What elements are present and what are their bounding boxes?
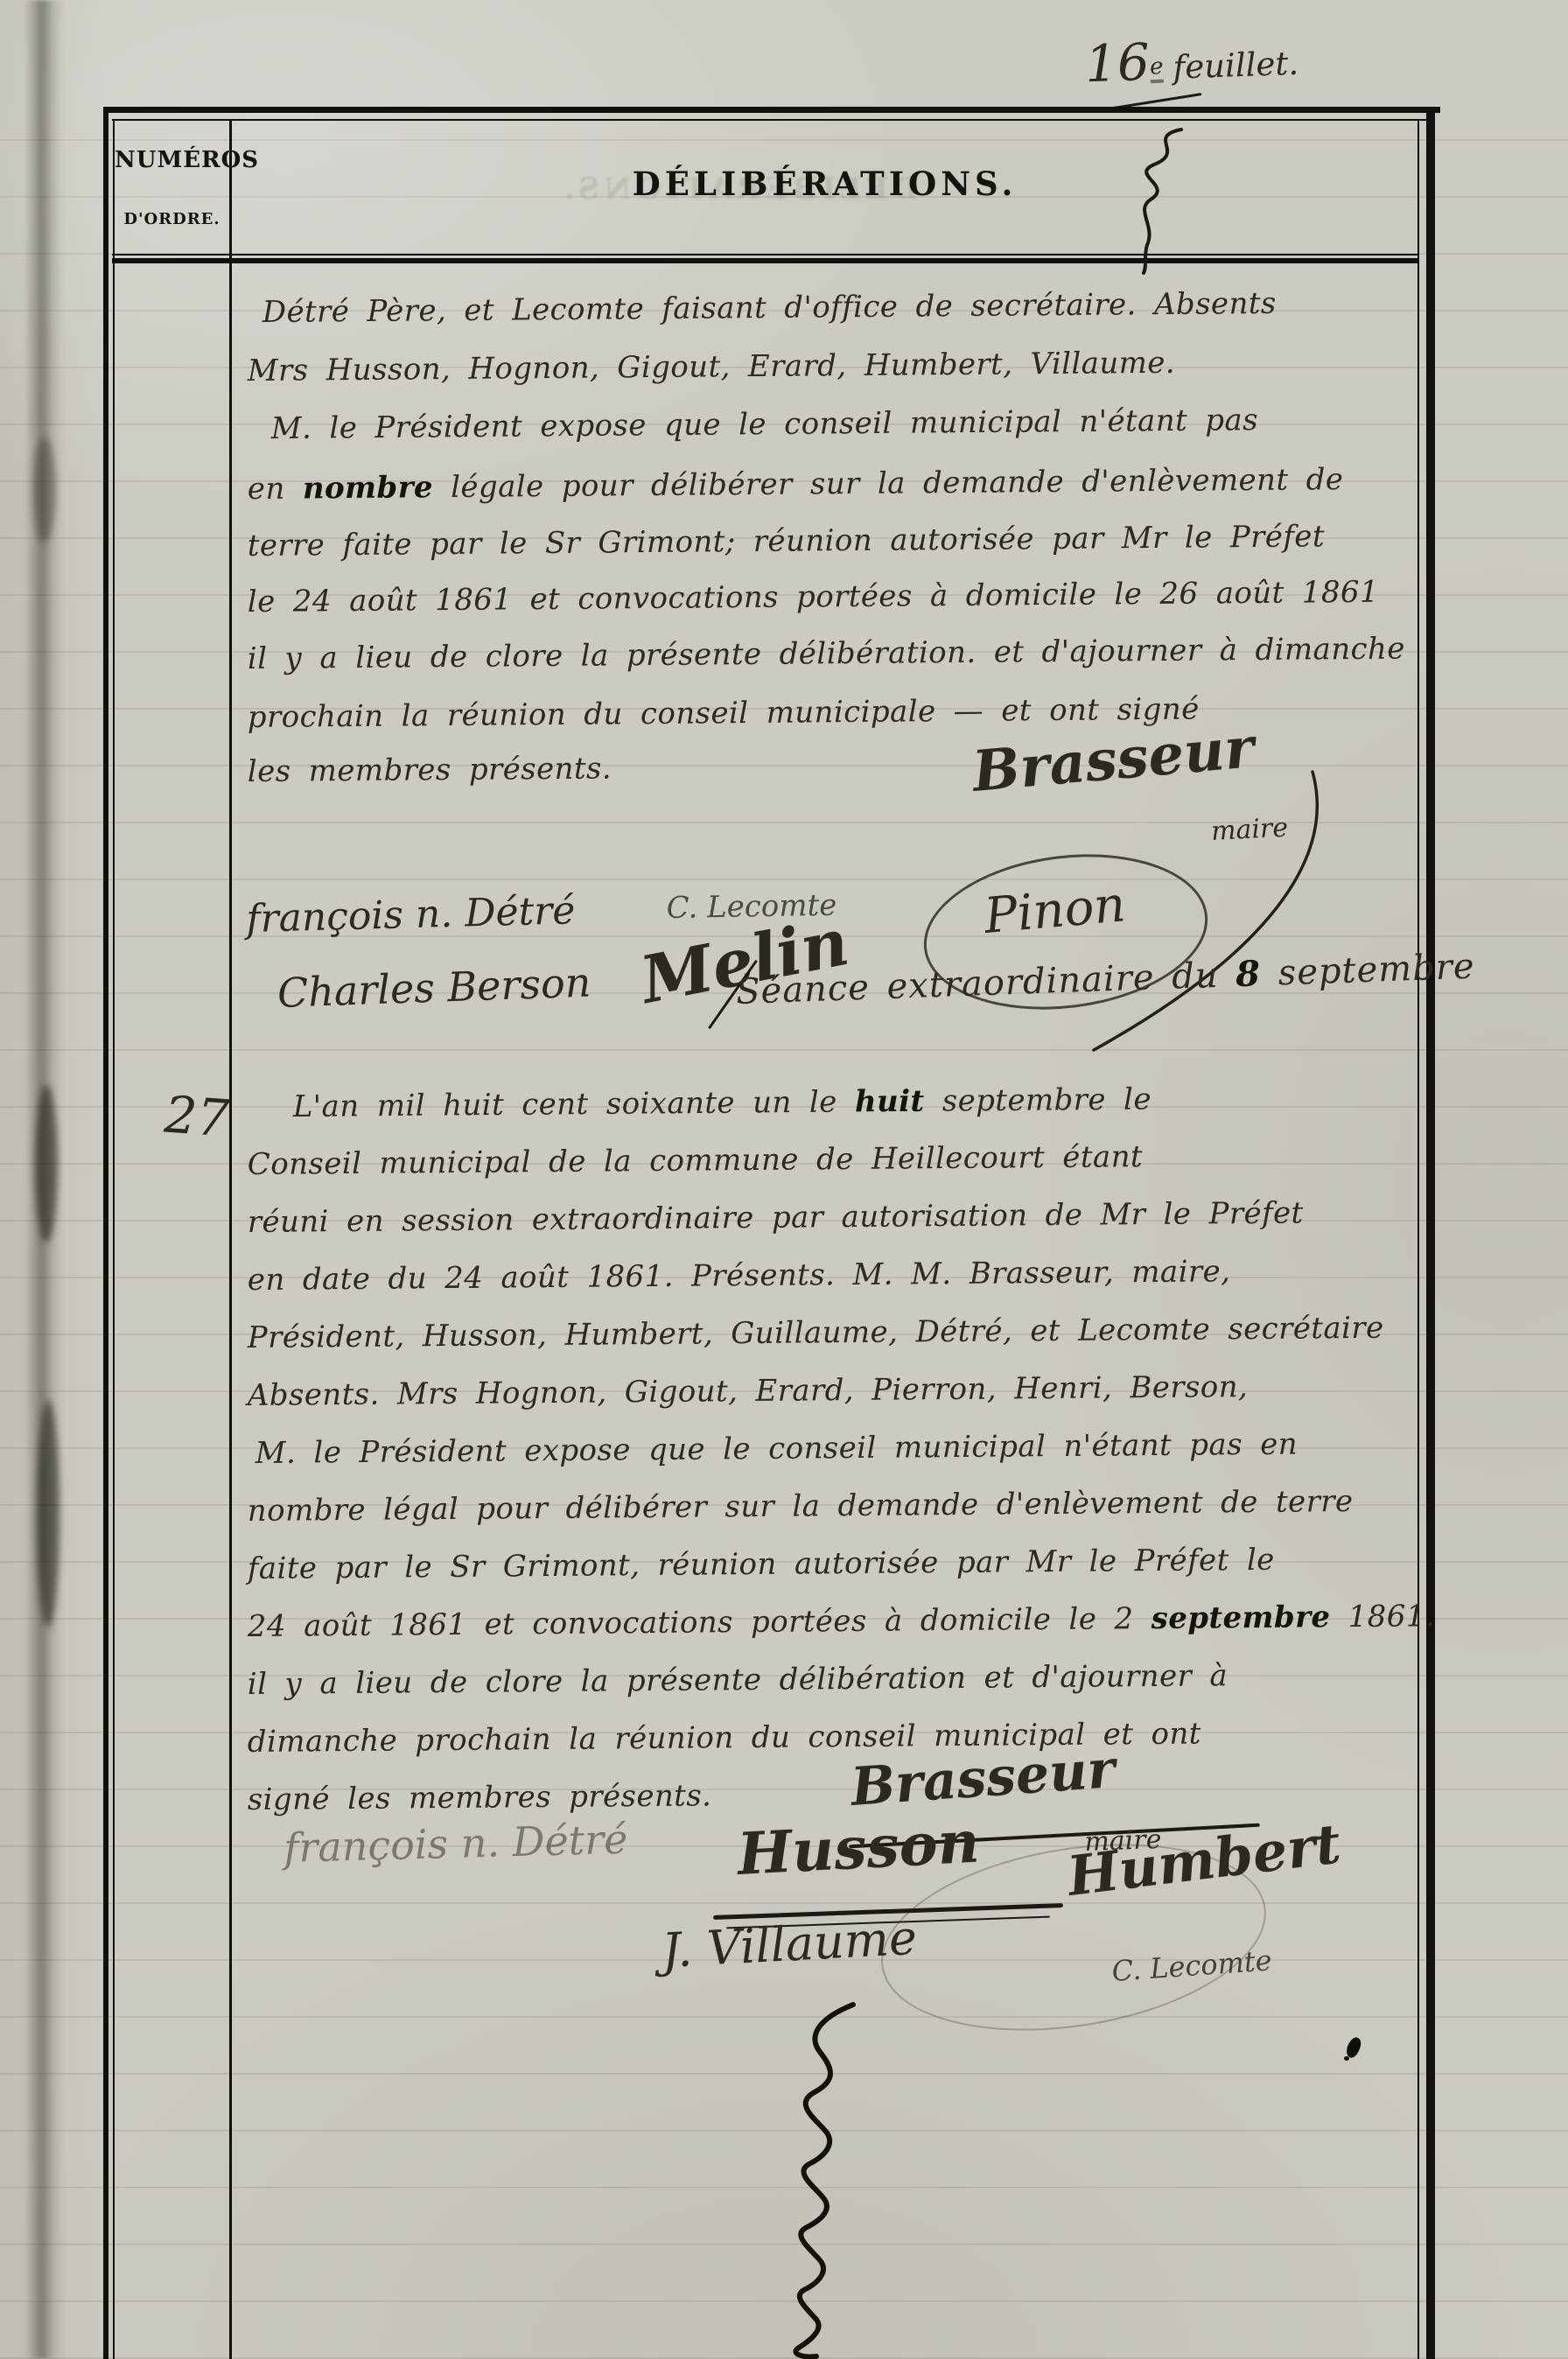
manuscript-line: en nombre légale pour délibérer sur la d… xyxy=(248,462,1344,507)
table-border-top-outer xyxy=(103,107,1440,113)
manuscript-line: les membres présents. xyxy=(248,751,612,789)
manuscript-line: Mrs Husson, Hognon, Gigout, Erard, Humbe… xyxy=(248,346,1176,388)
folio-number: 16 xyxy=(1084,32,1151,94)
manuscript-line: L'an mil huit cent soixante un le huit s… xyxy=(293,1081,1151,1124)
signature-lecomte: C. Lecomte xyxy=(1110,1943,1272,1988)
signature-pinon: Pinon xyxy=(982,876,1127,945)
manuscript-line: Absents. Mrs Hognon, Gigout, Erard, Pier… xyxy=(248,1369,1249,1413)
folio-suffix: e xyxy=(1150,53,1165,83)
signature-villaume: J. Villaume xyxy=(661,1910,919,1978)
manuscript-line: signé les membres présents. xyxy=(248,1778,712,1817)
table-border-left-inner xyxy=(113,119,115,2359)
manuscript-line: le 24 août 1861 et convocations portées … xyxy=(248,575,1379,619)
signature-brasseur: Brasseur xyxy=(969,715,1256,805)
text-segment: nombre xyxy=(303,470,433,506)
signature-berson: Charles Berson xyxy=(276,959,591,1017)
manuscript-line: 24 août 1861 et convocations portées à d… xyxy=(248,1599,1436,1644)
text-segment: en xyxy=(248,471,303,507)
signature-detre: françois n. Détré xyxy=(246,888,576,941)
manuscript-line: Président, Husson, Humbert, Guillaume, D… xyxy=(248,1311,1384,1355)
folio-label: 16e feuillet. xyxy=(1084,31,1299,89)
binding-edge xyxy=(24,0,63,2359)
text-segment: septembre xyxy=(1260,947,1475,995)
header-separator-thick xyxy=(112,258,1419,263)
text-segment: septembre le xyxy=(924,1081,1151,1118)
text-segment: 24 août 1861 et convocations portées à d… xyxy=(248,1601,1151,1644)
text-segment: 1861. xyxy=(1330,1599,1435,1634)
manuscript-line: Détré Père, et Lecomte faisant d'office … xyxy=(262,286,1277,330)
manuscript-line: prochain la réunion du conseil municipal… xyxy=(248,692,1200,735)
text-segment: septembre xyxy=(1151,1599,1331,1636)
table-border-top-inner xyxy=(112,119,1429,121)
manuscript-line: faite par le Sr Grimont, réunion autoris… xyxy=(248,1543,1275,1586)
order-column-separator xyxy=(229,119,232,2359)
manuscript-line: Conseil municipal de la commune de Heill… xyxy=(248,1139,1143,1182)
manuscript-line: terre faite par le Sr Grimont; réunion a… xyxy=(248,519,1325,563)
binding-stain xyxy=(37,1400,59,1627)
manuscript-line: il y a lieu de clore la présente délibér… xyxy=(248,1658,1228,1702)
manuscript-line: il y a lieu de clore la présente délibér… xyxy=(248,631,1405,676)
order-column-header-line1: NUMÉROS xyxy=(115,147,229,173)
table-border-right-outer xyxy=(1426,107,1435,2359)
text-segment: huit xyxy=(855,1084,925,1120)
order-column-header-line2: D'ORDRE. xyxy=(115,210,229,228)
register-page: { "page": { "folio": { "number": "16", "… xyxy=(0,0,1568,2359)
order-number: 27 xyxy=(163,1085,231,1149)
ink-blot-speck xyxy=(1344,2056,1349,2061)
folio-word: feuillet. xyxy=(1172,45,1299,87)
table-border-right-inner xyxy=(1417,119,1419,2359)
signature-role-maire: maire xyxy=(1210,812,1289,847)
manuscript-line: en date du 24 août 1861. Présents. M. M.… xyxy=(248,1254,1231,1298)
table-border-left-outer xyxy=(103,107,108,2359)
signature-husson: Husson xyxy=(736,1808,981,1888)
header-separator-thin xyxy=(112,254,1419,255)
title-bleedthrough-ghost: DÉLIBÉRATIONS. xyxy=(560,171,919,206)
binding-stain xyxy=(33,437,56,542)
signature-detre: françois n. Détré xyxy=(283,1816,628,1872)
manuscript-line: réuni en session extraordinaire par auto… xyxy=(248,1195,1304,1240)
text-segment: 8 xyxy=(1235,953,1261,995)
text-segment: légale pour délibérer sur la demande d'e… xyxy=(433,462,1344,505)
binding-stain xyxy=(35,1085,58,1242)
text-segment: L'an mil huit cent soixante un le xyxy=(293,1084,855,1124)
manuscript-line: nombre légal pour délibérer sur la deman… xyxy=(248,1484,1354,1529)
closing-squiggle-icon xyxy=(766,1999,906,2359)
manuscript-line: M. le Président expose que le conseil mu… xyxy=(255,1427,1298,1471)
manuscript-line: M. le Président expose que le conseil mu… xyxy=(271,402,1258,446)
